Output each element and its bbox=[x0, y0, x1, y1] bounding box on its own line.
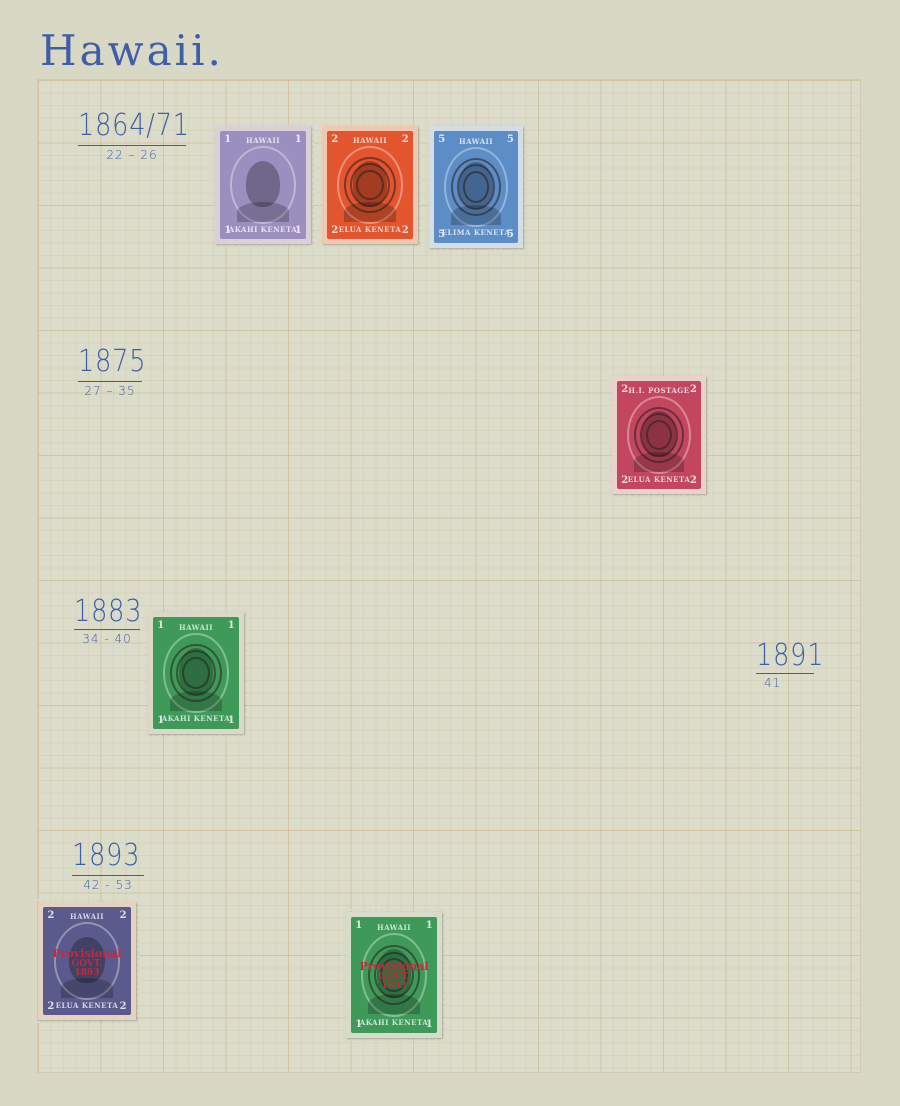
stamp-value: 1 bbox=[224, 225, 231, 236]
stamp-value: 1 bbox=[355, 920, 362, 931]
stamp-value: 2 bbox=[47, 1001, 54, 1012]
section-1883: 1883 34 - 40 bbox=[74, 594, 154, 646]
stamp-country: HAWAII bbox=[351, 923, 437, 932]
stamp-country: HAWAII bbox=[327, 136, 413, 145]
stamp-value: 1 bbox=[355, 1019, 362, 1030]
stamp-inscription: ELUA KENETA bbox=[617, 475, 701, 484]
section-year: 1893 bbox=[72, 838, 140, 873]
stamp-inscription: ELUA KENETA bbox=[43, 1001, 131, 1010]
stamp-inscription: AKAHI KENETA bbox=[220, 225, 306, 234]
stamp-value: 1 bbox=[295, 225, 302, 236]
stamp-value: 2 bbox=[402, 134, 409, 145]
stamp-country: HAWAII bbox=[43, 912, 131, 921]
stamp-design: HAWAIIAKAHI KENETA1111ProvisionalGOVT.18… bbox=[351, 917, 437, 1033]
overprint-line: 1893 bbox=[43, 969, 131, 978]
stamp-value: 5 bbox=[507, 134, 514, 145]
portrait-head bbox=[246, 161, 280, 206]
stamp-value: 1 bbox=[426, 1019, 433, 1030]
stamp-country: HAWAII bbox=[153, 623, 239, 632]
section-year: 1891 bbox=[756, 638, 824, 673]
stamp-country: HAWAII bbox=[434, 137, 518, 146]
portrait-shoulders bbox=[61, 978, 114, 997]
stamp-value: 2 bbox=[120, 1001, 127, 1012]
stamp[interactable]: HAWAIIAKAHI KENETA1111 bbox=[215, 126, 311, 244]
stamp-country: H.I. POSTAGE bbox=[617, 386, 701, 395]
section-1864-71: 1864/71 22 – 26 bbox=[78, 108, 210, 162]
stamp[interactable]: HAWAIIAKAHI KENETA1111ProvisionalGOVT.18… bbox=[346, 912, 442, 1038]
stamp-value: 2 bbox=[402, 225, 409, 236]
stamp-value: 2 bbox=[690, 475, 697, 486]
section-year: 1864/71 bbox=[78, 108, 190, 143]
section-1893: 1893 42 - 53 bbox=[72, 838, 152, 892]
stamp-value: 1 bbox=[157, 620, 164, 631]
stamp-value: 2 bbox=[621, 475, 628, 486]
stamp[interactable]: H.I. POSTAGEELUA KENETA2222 bbox=[612, 376, 706, 494]
stamp-inscription: AKAHI KENETA bbox=[153, 714, 239, 723]
section-1875: 1875 27 – 35 bbox=[78, 344, 158, 398]
stamp[interactable]: HAWAIIELIMA KENETA5555 bbox=[429, 126, 523, 248]
stamp-design: HAWAIIELUA KENETA2222ProvisionalGOVT.189… bbox=[43, 907, 131, 1015]
stamp-design: H.I. POSTAGEELUA KENETA2222 bbox=[617, 381, 701, 489]
cancellation-ring bbox=[356, 170, 384, 201]
stamp-inscription: ELUA KENETA bbox=[327, 225, 413, 234]
stamp-value: 2 bbox=[331, 225, 338, 236]
stamp-value: 1 bbox=[228, 620, 235, 631]
stamp-value: 1 bbox=[426, 920, 433, 931]
stamp-value: 2 bbox=[47, 910, 54, 921]
stamp-value: 5 bbox=[438, 134, 445, 145]
overprint-text: ProvisionalGOVT.1893 bbox=[351, 961, 437, 991]
stamp-value: 5 bbox=[438, 229, 445, 240]
stamp-inscription: AKAHI KENETA bbox=[351, 1018, 437, 1027]
stamp[interactable]: HAWAIIAKAHI KENETA1111 bbox=[148, 612, 244, 734]
page-title: Hawaii. bbox=[40, 26, 224, 75]
section-1891: 1891 41 bbox=[756, 638, 836, 690]
section-year: 1875 bbox=[78, 344, 146, 379]
stamp-inscription: ELIMA KENETA bbox=[434, 228, 518, 237]
section-year: 1883 bbox=[74, 594, 142, 629]
overprint-line: Provisional bbox=[43, 948, 131, 960]
overprint-text: ProvisionalGOVT.1893 bbox=[43, 948, 131, 978]
section-catalog-range: 34 - 40 bbox=[74, 629, 140, 646]
stamp-value: 2 bbox=[331, 134, 338, 145]
stamp-value: 1 bbox=[228, 715, 235, 726]
overprint-line: Provisional bbox=[351, 961, 437, 973]
stamp[interactable]: HAWAIIELUA KENETA2222 bbox=[322, 126, 418, 244]
section-catalog-range: 22 – 26 bbox=[78, 145, 186, 162]
section-catalog-range: 42 - 53 bbox=[72, 875, 144, 892]
section-catalog-range: 41 bbox=[756, 673, 814, 690]
portrait-shoulders bbox=[237, 202, 289, 221]
stamp-value: 2 bbox=[621, 384, 628, 395]
stamp-value: 1 bbox=[224, 134, 231, 145]
stamp-value: 1 bbox=[157, 715, 164, 726]
overprint-line: 1893 bbox=[351, 982, 437, 991]
stamp-value: 5 bbox=[507, 229, 514, 240]
section-catalog-range: 27 – 35 bbox=[78, 381, 142, 398]
stamp-design: HAWAIIELUA KENETA2222 bbox=[327, 131, 413, 239]
stamp-value: 2 bbox=[690, 384, 697, 395]
cancellation-ring bbox=[182, 657, 210, 689]
stamp-design: HAWAIIAKAHI KENETA1111 bbox=[220, 131, 306, 239]
stamp-country: HAWAII bbox=[220, 136, 306, 145]
stamp-value: 1 bbox=[295, 134, 302, 145]
stamp-value: 2 bbox=[120, 910, 127, 921]
stamp-design: HAWAIIAKAHI KENETA1111 bbox=[153, 617, 239, 729]
stamp-design: HAWAIIELIMA KENETA5555 bbox=[434, 131, 518, 243]
stamp[interactable]: HAWAIIELUA KENETA2222ProvisionalGOVT.189… bbox=[38, 902, 136, 1020]
